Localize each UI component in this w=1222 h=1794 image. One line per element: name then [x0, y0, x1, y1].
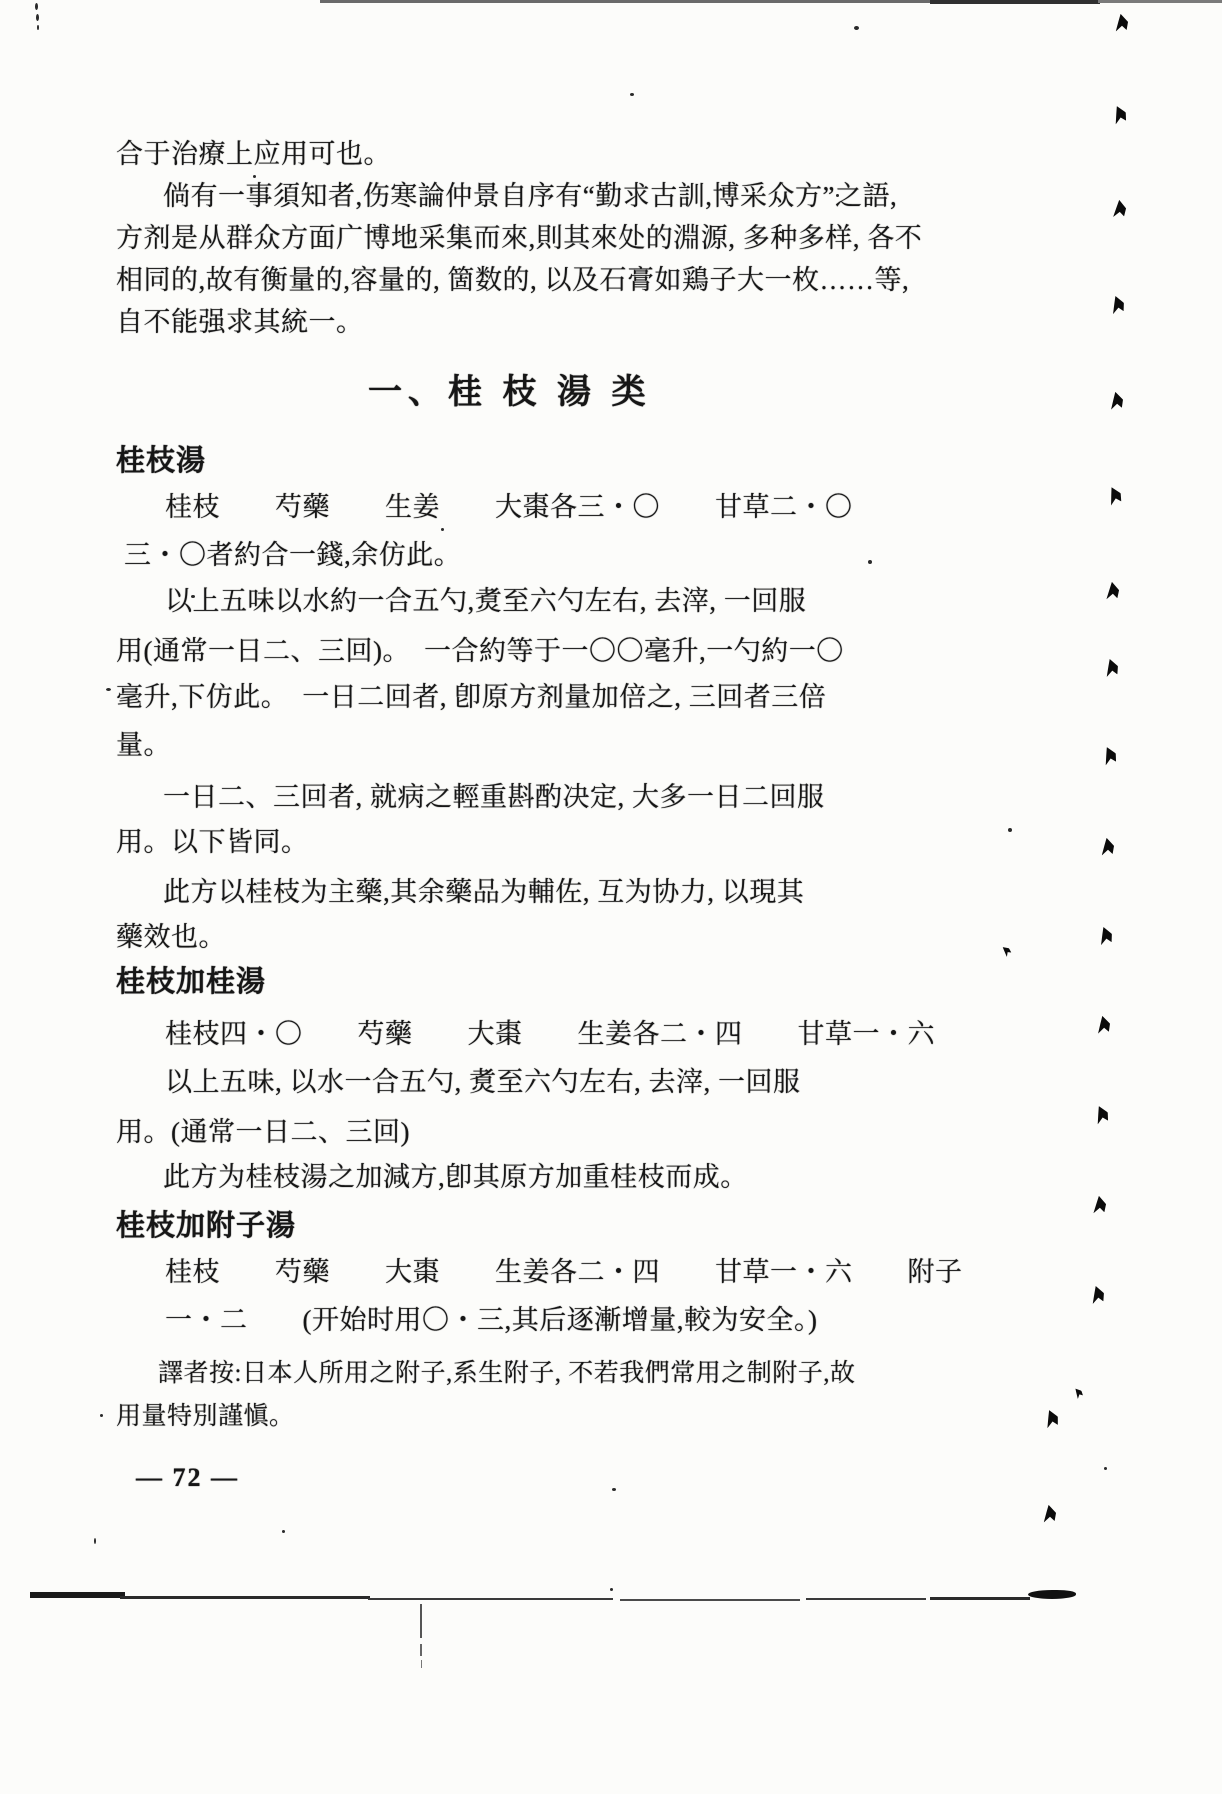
- recipe-title: 桂枝加附子湯: [116, 1212, 296, 1241]
- translator-note: 譯者按:日本人所用之附子,系生附子, 不若我們常用之制附子,故: [158, 1361, 855, 1386]
- ink-speck: [441, 528, 444, 531]
- ink-speck: [106, 688, 111, 691]
- ink-mark: [1104, 485, 1124, 506]
- ink-speck: [610, 1588, 613, 1591]
- text-line: 此方为桂枝湯之加減方,卽其原方加重桂枝而成。: [163, 1164, 748, 1191]
- ink-mark: [1072, 1387, 1085, 1400]
- text-line: 桂枝 芍藥 大棗 生姜各二・四 甘草一・六 附子: [165, 1259, 963, 1286]
- scan-edge-line: [368, 1598, 613, 1600]
- text-line: 毫升,下仿此。 一日二回者, 卽原方剂量加倍之, 三回者三倍: [116, 684, 826, 711]
- text-line: 藥效也。: [116, 924, 226, 951]
- scan-edge-line: [806, 1598, 926, 1600]
- text-line: 一・二 (开始时用〇・三,其后逐漸增量,較为安全。): [165, 1307, 817, 1334]
- scan-edge-line: [30, 1592, 125, 1598]
- text-line: 一日二、三回者, 就病之輕重斟酌决定, 大多一日二回服: [163, 784, 825, 811]
- ink-mark: [1091, 1104, 1111, 1125]
- scan-edge-line: [120, 1596, 370, 1599]
- text-line: 量。: [116, 732, 171, 759]
- text-line: 自不能强求其統一。: [116, 309, 364, 336]
- ink-mark: [1108, 294, 1127, 315]
- text-line: 用(通常一日二、三回)。 一合約等于一〇〇毫升,一勺約一〇: [116, 638, 844, 665]
- recipe-title: 桂枝湯: [116, 447, 206, 476]
- ink-mark: [1098, 837, 1115, 857]
- text-line: 此方以桂枝为主藥,其余藥品为輔佐, 互为协力, 以現其: [163, 879, 804, 906]
- section-heading: 一、桂 枝 湯 类: [368, 376, 652, 410]
- scan-edge-line: [1028, 1590, 1076, 1599]
- text-line: 以上五味以水約一合五勺,煑至六勺左右, 去滓, 一回服: [165, 588, 806, 615]
- text-line: 以上五味, 以水一合五勺, 煑至六勺左右, 去滓, 一回服: [165, 1069, 801, 1096]
- ink-mark: [1000, 945, 1013, 958]
- scan-edge-line: [930, 1597, 1030, 1600]
- scan-edge-line: [420, 1604, 422, 1638]
- ink-speck: [1104, 1467, 1107, 1470]
- ink-mark: [1091, 1195, 1108, 1214]
- ink-mark: [1099, 745, 1119, 766]
- text-line: 三・〇者約合一錢,余仿此。: [124, 542, 461, 569]
- translator-note: 用量特別謹愼。: [116, 1404, 295, 1429]
- ink-speck: [854, 26, 859, 30]
- text-line: 方剂是从群众方面广博地采集而來,則其來处的淵源, 多种多样, 各不: [116, 225, 922, 252]
- scan-edge-line: [421, 1660, 422, 1668]
- text-line: 用。(通常一日二、三回): [116, 1119, 410, 1146]
- ink-mark: [1094, 1015, 1112, 1035]
- ink-speck: [1008, 828, 1012, 832]
- scan-edge-line: [320, 0, 980, 3]
- ink-speck: [836, 194, 839, 197]
- text-line: 相同的,故有衡量的,容量的, 箇数的, 以及石膏如鶏子大一枚……等,: [116, 267, 909, 294]
- text-line: 用。以下皆同。: [116, 829, 309, 856]
- ink-mark: [1109, 104, 1129, 125]
- ink-speck: [37, 25, 39, 30]
- ink-mark: [1096, 925, 1115, 946]
- ink-speck: [94, 1538, 96, 1544]
- recipe-title: 桂枝加桂湯: [116, 968, 266, 997]
- ink-speck: [282, 1530, 285, 1533]
- ink-mark: [1041, 1408, 1060, 1429]
- page-number: — 72 —: [136, 1465, 239, 1491]
- text-line: 桂枝四・〇 芍藥 大棗 生姜各二・四 甘草一・六: [165, 1021, 935, 1048]
- scan-edge-line: [930, 0, 1100, 4]
- ink-mark: [1088, 1284, 1107, 1304]
- text-line: 倘有一事須知者,伤寒論仲景自序有“勤求古訓,博采众方”之語,: [163, 183, 897, 210]
- ink-mark: [1111, 199, 1127, 218]
- ink-speck: [35, 3, 38, 10]
- ink-speck: [630, 93, 634, 96]
- ink-speck: [253, 175, 256, 178]
- ink-mark: [1040, 1504, 1057, 1524]
- ink-speck: [191, 595, 195, 598]
- ink-mark: [1104, 581, 1121, 600]
- ink-mark: [1107, 391, 1125, 411]
- scan-edge-line: [420, 1644, 422, 1656]
- ink-speck: [612, 1488, 616, 1491]
- scan-edge-line: [1098, 0, 1222, 3]
- ink-speck: [100, 1414, 103, 1417]
- text-line: 桂枝 芍藥 生姜 大棗各三・〇 甘草二・〇: [165, 494, 853, 521]
- ink-mark: [1102, 657, 1121, 677]
- ink-speck: [36, 14, 39, 21]
- text-line: 合于治療上应用可也。: [116, 141, 391, 168]
- scanned-page: 合于治療上应用可也。倘有一事須知者,伤寒論仲景自序有“勤求古訓,博采众方”之語,…: [0, 0, 1222, 1794]
- ink-mark: [1112, 13, 1129, 33]
- ink-speck: [868, 560, 872, 564]
- scan-edge-line: [620, 1599, 800, 1601]
